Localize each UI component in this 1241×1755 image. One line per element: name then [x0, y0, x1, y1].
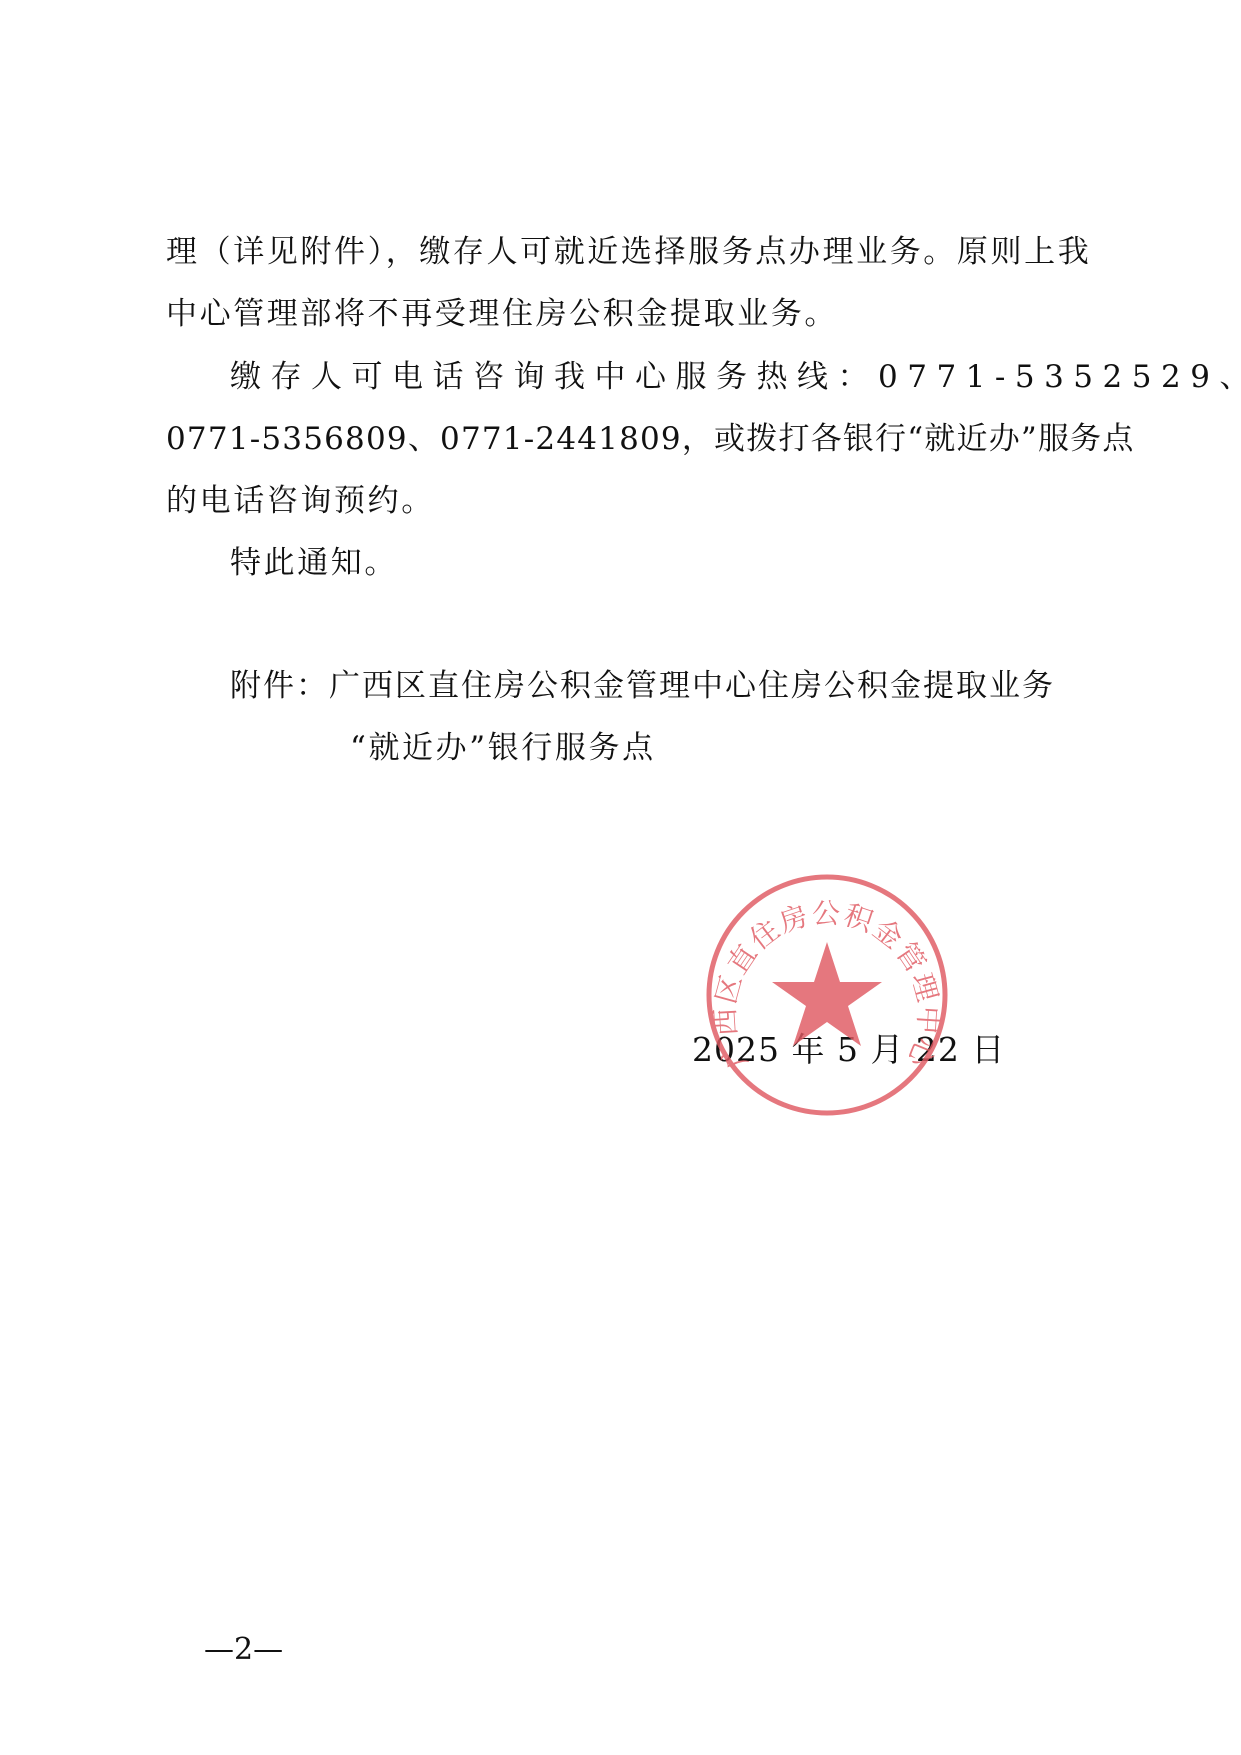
- paragraph-line: 0771-5356809、0771-2441809，或拨打各银行“就近办”服务点: [166, 419, 1076, 459]
- official-seal-icon: 广西区直住房公积金管理中心: [702, 870, 952, 1120]
- attachment-line: 附件：广西区直住房公积金管理中心住房公积金提取业务: [230, 666, 1140, 706]
- attachment-title-continued: “就近办”银行服务点: [350, 728, 1241, 768]
- paragraph-line: 的电话咨询预约。: [166, 481, 1076, 521]
- attachment-label: 附件：: [230, 668, 329, 704]
- paragraph-line: 理（详见附件），缴存人可就近选择服务点办理业务。原则上我: [166, 232, 1076, 272]
- page-number: —2—: [204, 1630, 283, 1670]
- document-page: 理（详见附件），缴存人可就近选择服务点办理业务。原则上我 中心管理部将不再受理住…: [0, 0, 1241, 1755]
- paragraph-line: 缴存人可电话咨询我中心服务热线：0771-5352529、: [230, 357, 1140, 397]
- closing-line: 特此通知。: [230, 543, 1140, 583]
- signature-date: 2025 年 5 月 22 日: [692, 1030, 1005, 1070]
- paragraph-line: 中心管理部将不再受理住房公积金提取业务。: [166, 294, 1076, 334]
- attachment-title: 广西区直住房公积金管理中心住房公积金提取业务: [329, 668, 1055, 704]
